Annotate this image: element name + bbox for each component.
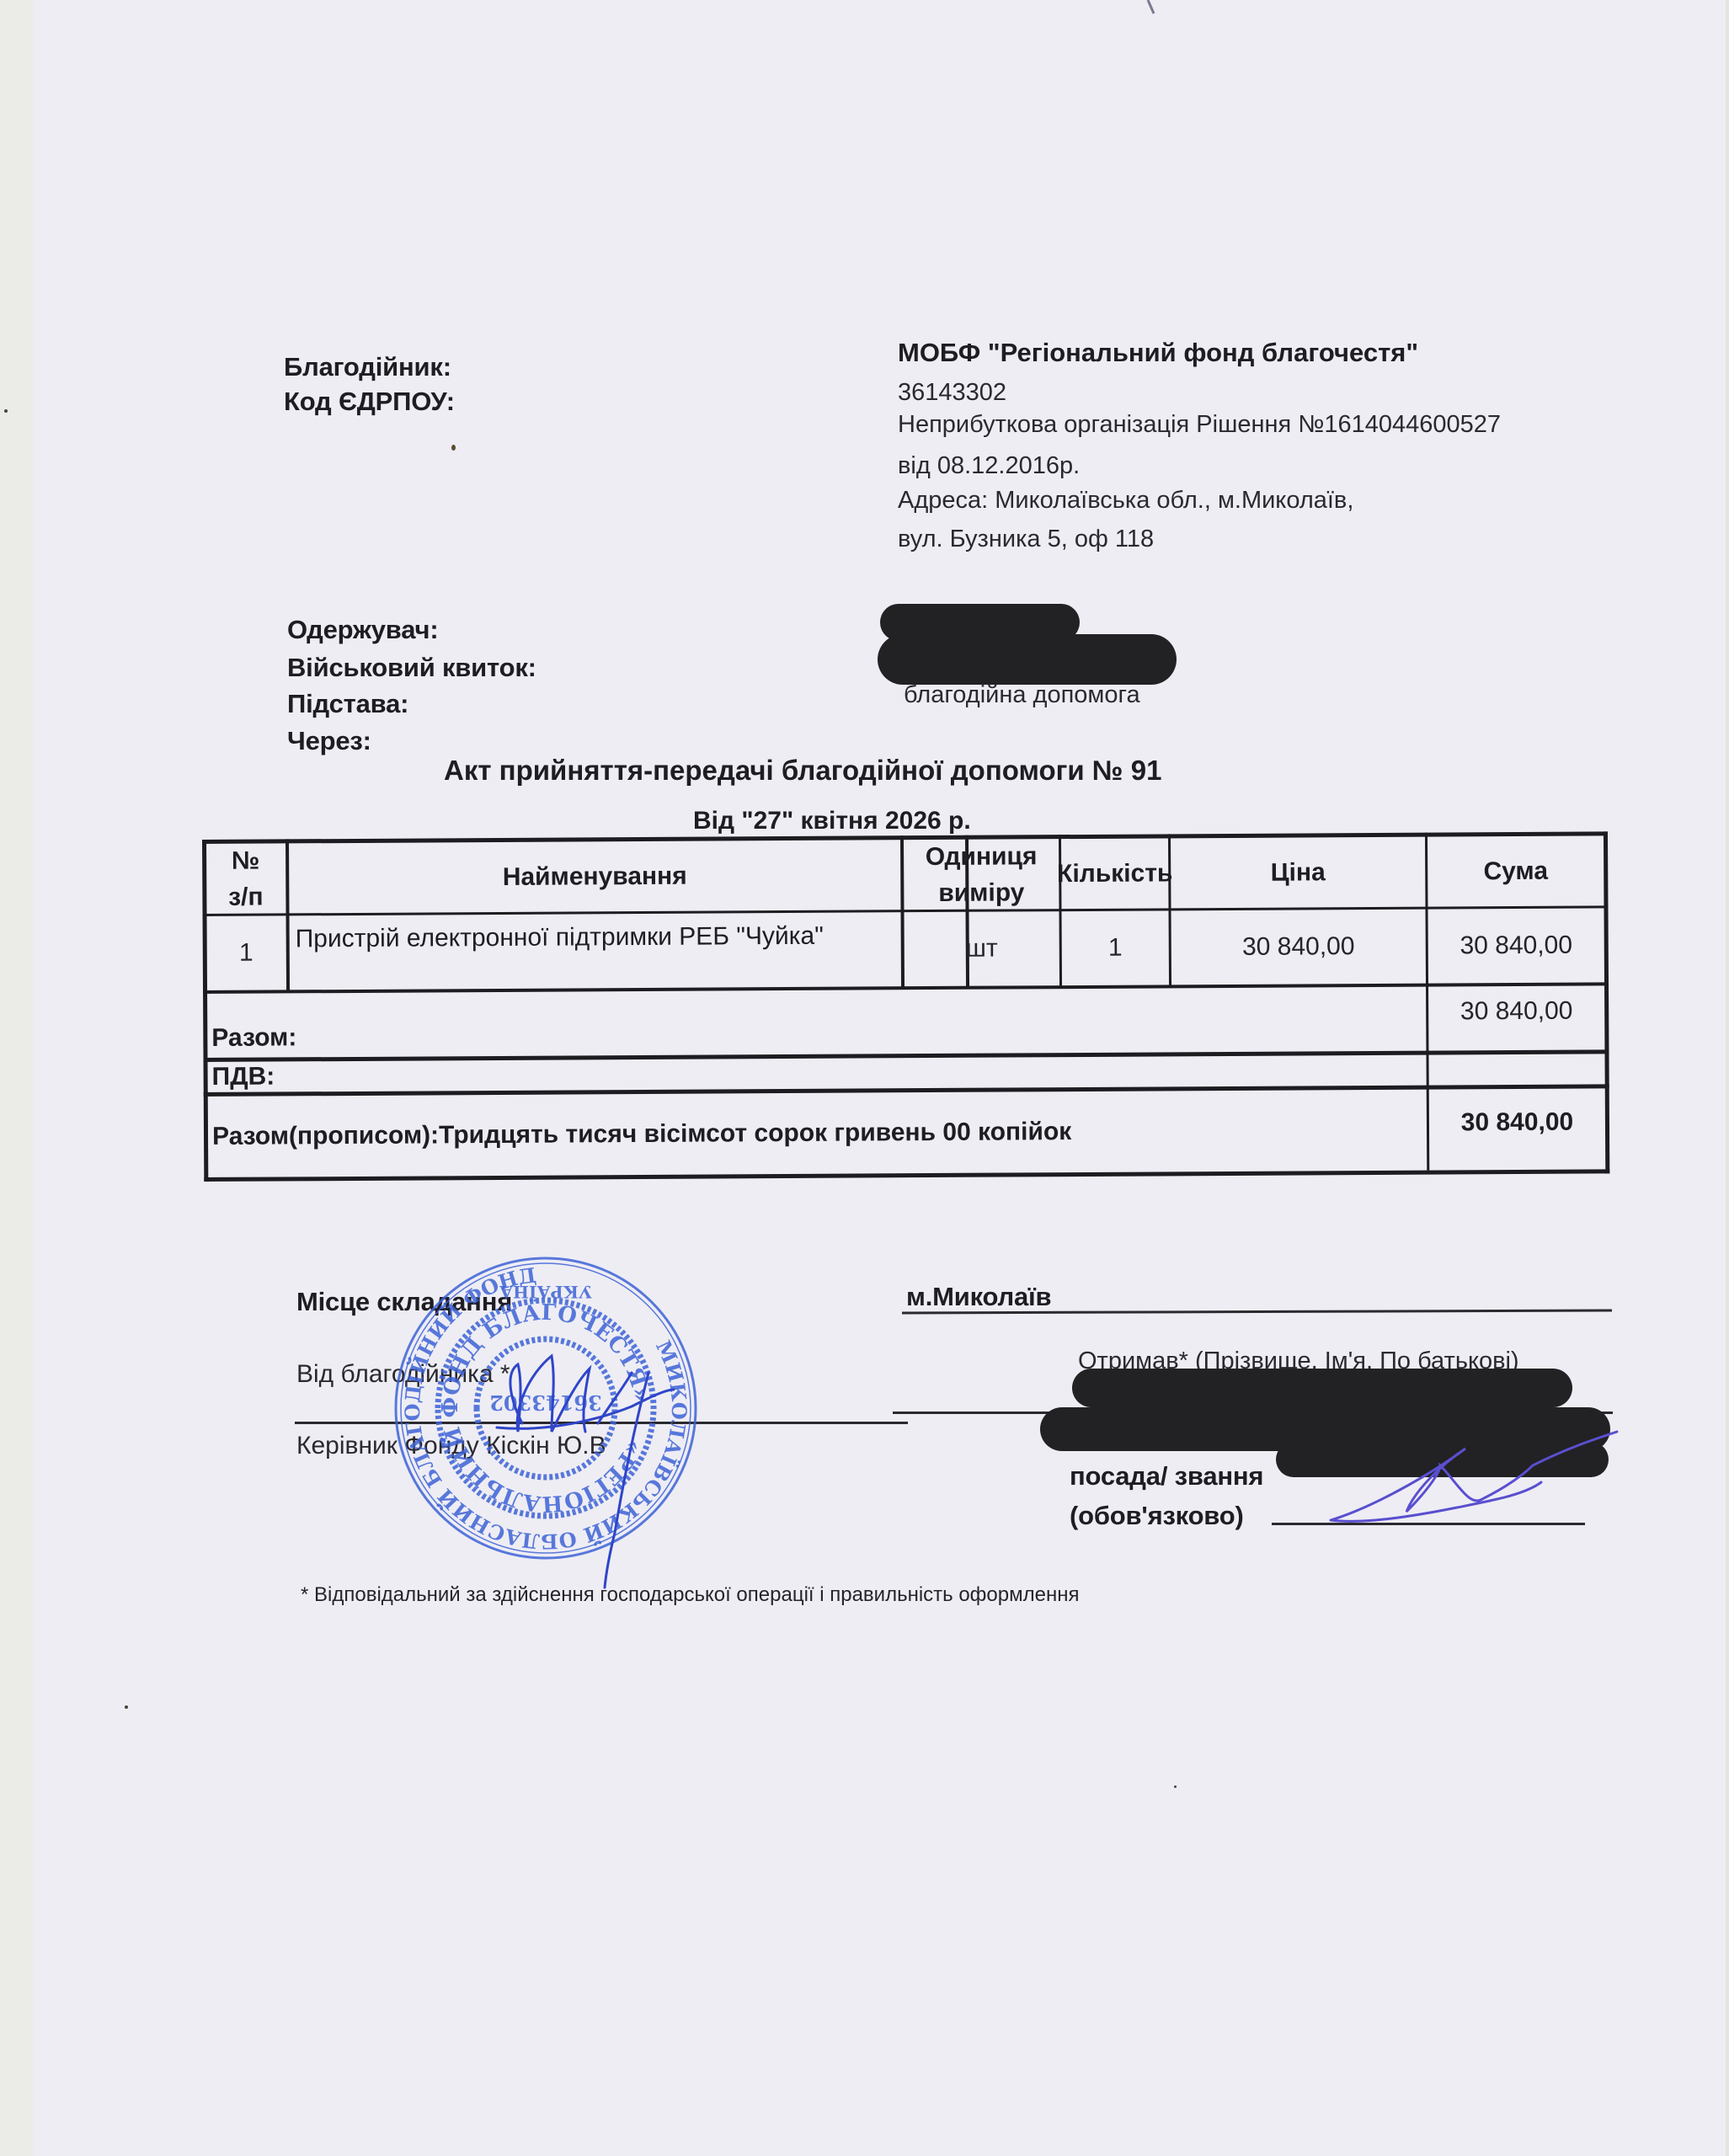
scan-speck [4, 409, 8, 413]
decision-date: від 08.12.2016р. [898, 452, 1080, 480]
svg-text:УКРАЇНА: УКРАЇНА [499, 1282, 592, 1302]
row-price: 30 840,00 [1171, 910, 1427, 985]
row-sum: 30 840,00 [1428, 908, 1605, 983]
basis-value: благодійна допомога [904, 681, 1140, 709]
edrpou-code: 36143302 [898, 379, 1006, 407]
scan-edge-left [0, 0, 34, 2156]
pen-mark [1145, 0, 1171, 17]
edrpou-label: Код ЄДРПОУ: [284, 387, 455, 417]
row-name: Пристрій електронної підтримки РЕБ "Чуйк… [296, 912, 898, 990]
header-num: № з/п [205, 843, 285, 915]
recipient-signature [1314, 1415, 1634, 1533]
header-qty: Кількість [1061, 838, 1168, 910]
donor-signature [472, 1339, 707, 1592]
position-label: посада/ звання [1070, 1461, 1263, 1492]
items-table: № з/п Найменування Одиниця виміру Кількі… [202, 831, 1609, 1182]
nonprofit-line: Неприбуткова організація Рішення №161404… [898, 411, 1501, 439]
basis-label: Підстава: [287, 689, 408, 719]
mandatory-label: (обов'язково) [1070, 1501, 1244, 1531]
row-num: 1 [206, 915, 287, 990]
header-unit: Одиниця виміру [904, 839, 1059, 910]
header-price: Ціна [1171, 837, 1425, 910]
header-name: Найменування [289, 840, 900, 914]
address-line2: вул. Бузника 5, оф 118 [898, 526, 1154, 553]
military-id-label: Військовий квиток: [287, 653, 536, 683]
act-title: Акт прийняття-передачі благодійної допом… [444, 755, 1161, 787]
footnote: * Відповідальний за здійснення господарс… [301, 1583, 1079, 1607]
row-unit: шт [905, 911, 1060, 986]
address-line1: Адреса: Миколаївська обл., м.Миколаїв, [898, 487, 1353, 515]
donor-name: МОБФ "Регіональний фонд благочестя" [898, 338, 1418, 368]
received-name-redaction [1072, 1369, 1572, 1407]
recipient-label: Одержувач: [287, 615, 438, 645]
scan-speck [1174, 1785, 1177, 1788]
donor-label: Благодійник: [284, 352, 451, 382]
scan-speck [125, 1705, 128, 1709]
total-words-value: 30 840,00 [1429, 1088, 1605, 1156]
total-words-label: Разом(прописом):Тридцять тисяч вісімсот … [212, 1090, 1392, 1177]
scan-edge-right [1726, 0, 1729, 2156]
total-label: Разом: [211, 990, 717, 1057]
act-date: Від "27" квітня 2026 р. [693, 807, 971, 835]
via-label: Через: [287, 726, 371, 756]
military-id-redaction [878, 634, 1177, 685]
row-qty: 1 [1062, 910, 1170, 985]
header-sum: Сума [1427, 835, 1604, 907]
place-value: м.Миколаїв [906, 1282, 1051, 1312]
vat-label: ПДВ: [212, 1059, 718, 1091]
total-value: 30 840,00 [1428, 985, 1604, 1037]
scan-speck [451, 445, 456, 451]
vat-value [1428, 1054, 1604, 1085]
